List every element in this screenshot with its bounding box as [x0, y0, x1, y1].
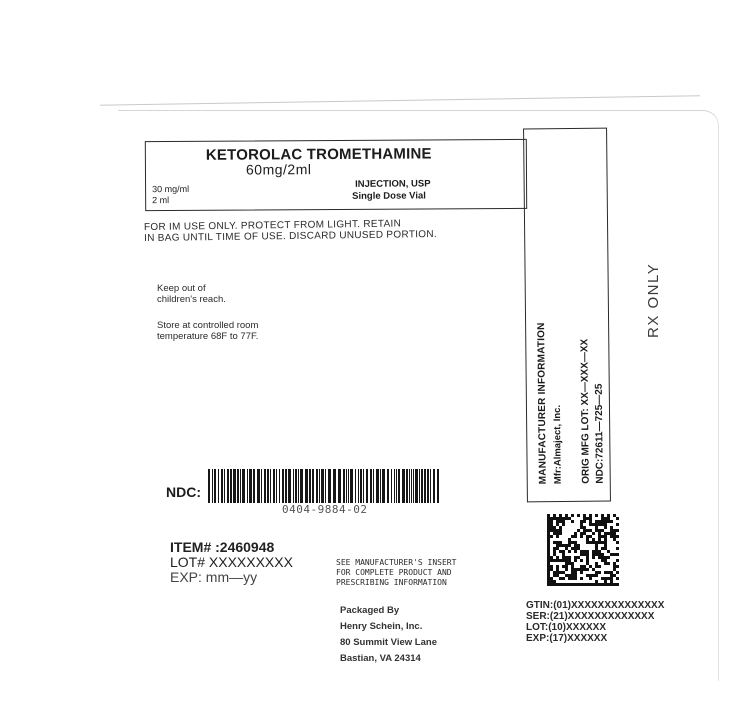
ndc-barcode [208, 469, 444, 503]
item-info: ITEM# :2460948 LOT# XXXXXXXXX EXP: mm—yy [170, 540, 293, 585]
manufacturer-name: Mfr:Almaject, Inc. [552, 405, 564, 484]
children-warning-line-1: Keep out of [157, 283, 226, 294]
storage-line-1: Store at controlled room [157, 320, 258, 331]
concentration: 30 mg/ml [152, 184, 189, 195]
packager-line-3: 80 Summit View Lane [340, 635, 437, 651]
ndc-number: 0404-9884-02 [282, 503, 367, 516]
concentration-block: 30 mg/ml 2 ml [152, 184, 189, 206]
packager-line-4: Bastian, VA 24314 [340, 651, 437, 667]
storage-temperature: Store at controlled room temperature 68F… [157, 320, 258, 342]
manufacturer-title: MANUFACTURER INFORMATION [536, 322, 549, 484]
drug-name: KETOROLAC TROMETHAMINE [206, 145, 432, 163]
lot-number: LOT# XXXXXXXXX [170, 555, 293, 570]
gs1-gtin: GTIN:(01)XXXXXXXXXXXXXX [526, 600, 664, 611]
usage-warning: FOR IM USE ONLY. PROTECT FROM LIGHT. RET… [144, 218, 437, 244]
insert-notice-line-1: SEE MANUFACTURER'S INSERT [336, 558, 456, 568]
children-warning-line-2: children's reach. [157, 294, 226, 305]
packager-line-1: Packaged By [340, 603, 437, 619]
ndc-label: NDC: [166, 484, 201, 500]
packager-line-2: Henry Schein, Inc. [340, 619, 437, 635]
gs1-lot: LOT:(10)XXXXXX [526, 622, 664, 633]
insert-notice-line-2: FOR COMPLETE PRODUCT AND [336, 568, 456, 578]
gs1-exp: EXP:(17)XXXXXX [526, 633, 664, 644]
insert-notice: SEE MANUFACTURER'S INSERT FOR COMPLETE P… [336, 558, 456, 588]
datamatrix-code [547, 514, 619, 586]
original-ndc: NDC:72611—725—25 [594, 384, 606, 484]
volume: 2 ml [152, 195, 189, 206]
product-header-box: KETOROLAC TROMETHAMINE 60mg/2ml 30 mg/ml… [145, 139, 527, 211]
storage-line-2: temperature 68F to 77F. [157, 331, 258, 342]
children-warning: Keep out of children's reach. [157, 283, 226, 305]
packager-address: Packaged By Henry Schein, Inc. 80 Summit… [340, 603, 437, 667]
insert-notice-line-3: PRESCRIBING INFORMATION [336, 578, 456, 588]
gs1-serial: SER:(21)XXXXXXXXXXXXX [526, 611, 664, 622]
gs1-info: GTIN:(01)XXXXXXXXXXXXXX SER:(21)XXXXXXXX… [526, 600, 664, 644]
manufacturer-info-box: MANUFACTURER INFORMATION Mfr:Almaject, I… [523, 128, 611, 503]
original-lot: ORIG MFG LOT: XX—XXX—XX [579, 339, 592, 484]
expiration: EXP: mm—yy [170, 570, 293, 585]
vial-type: Single Dose Vial [352, 190, 431, 202]
drug-strength: 60mg/2ml [246, 161, 312, 177]
scan-line-top [100, 95, 700, 105]
dosage-form: INJECTION, USP [352, 178, 431, 190]
dosage-form-block: INJECTION, USP Single Dose Vial [352, 178, 431, 202]
item-number: ITEM# :2460948 [170, 540, 293, 555]
rx-only-label: RX ONLY [645, 263, 662, 338]
